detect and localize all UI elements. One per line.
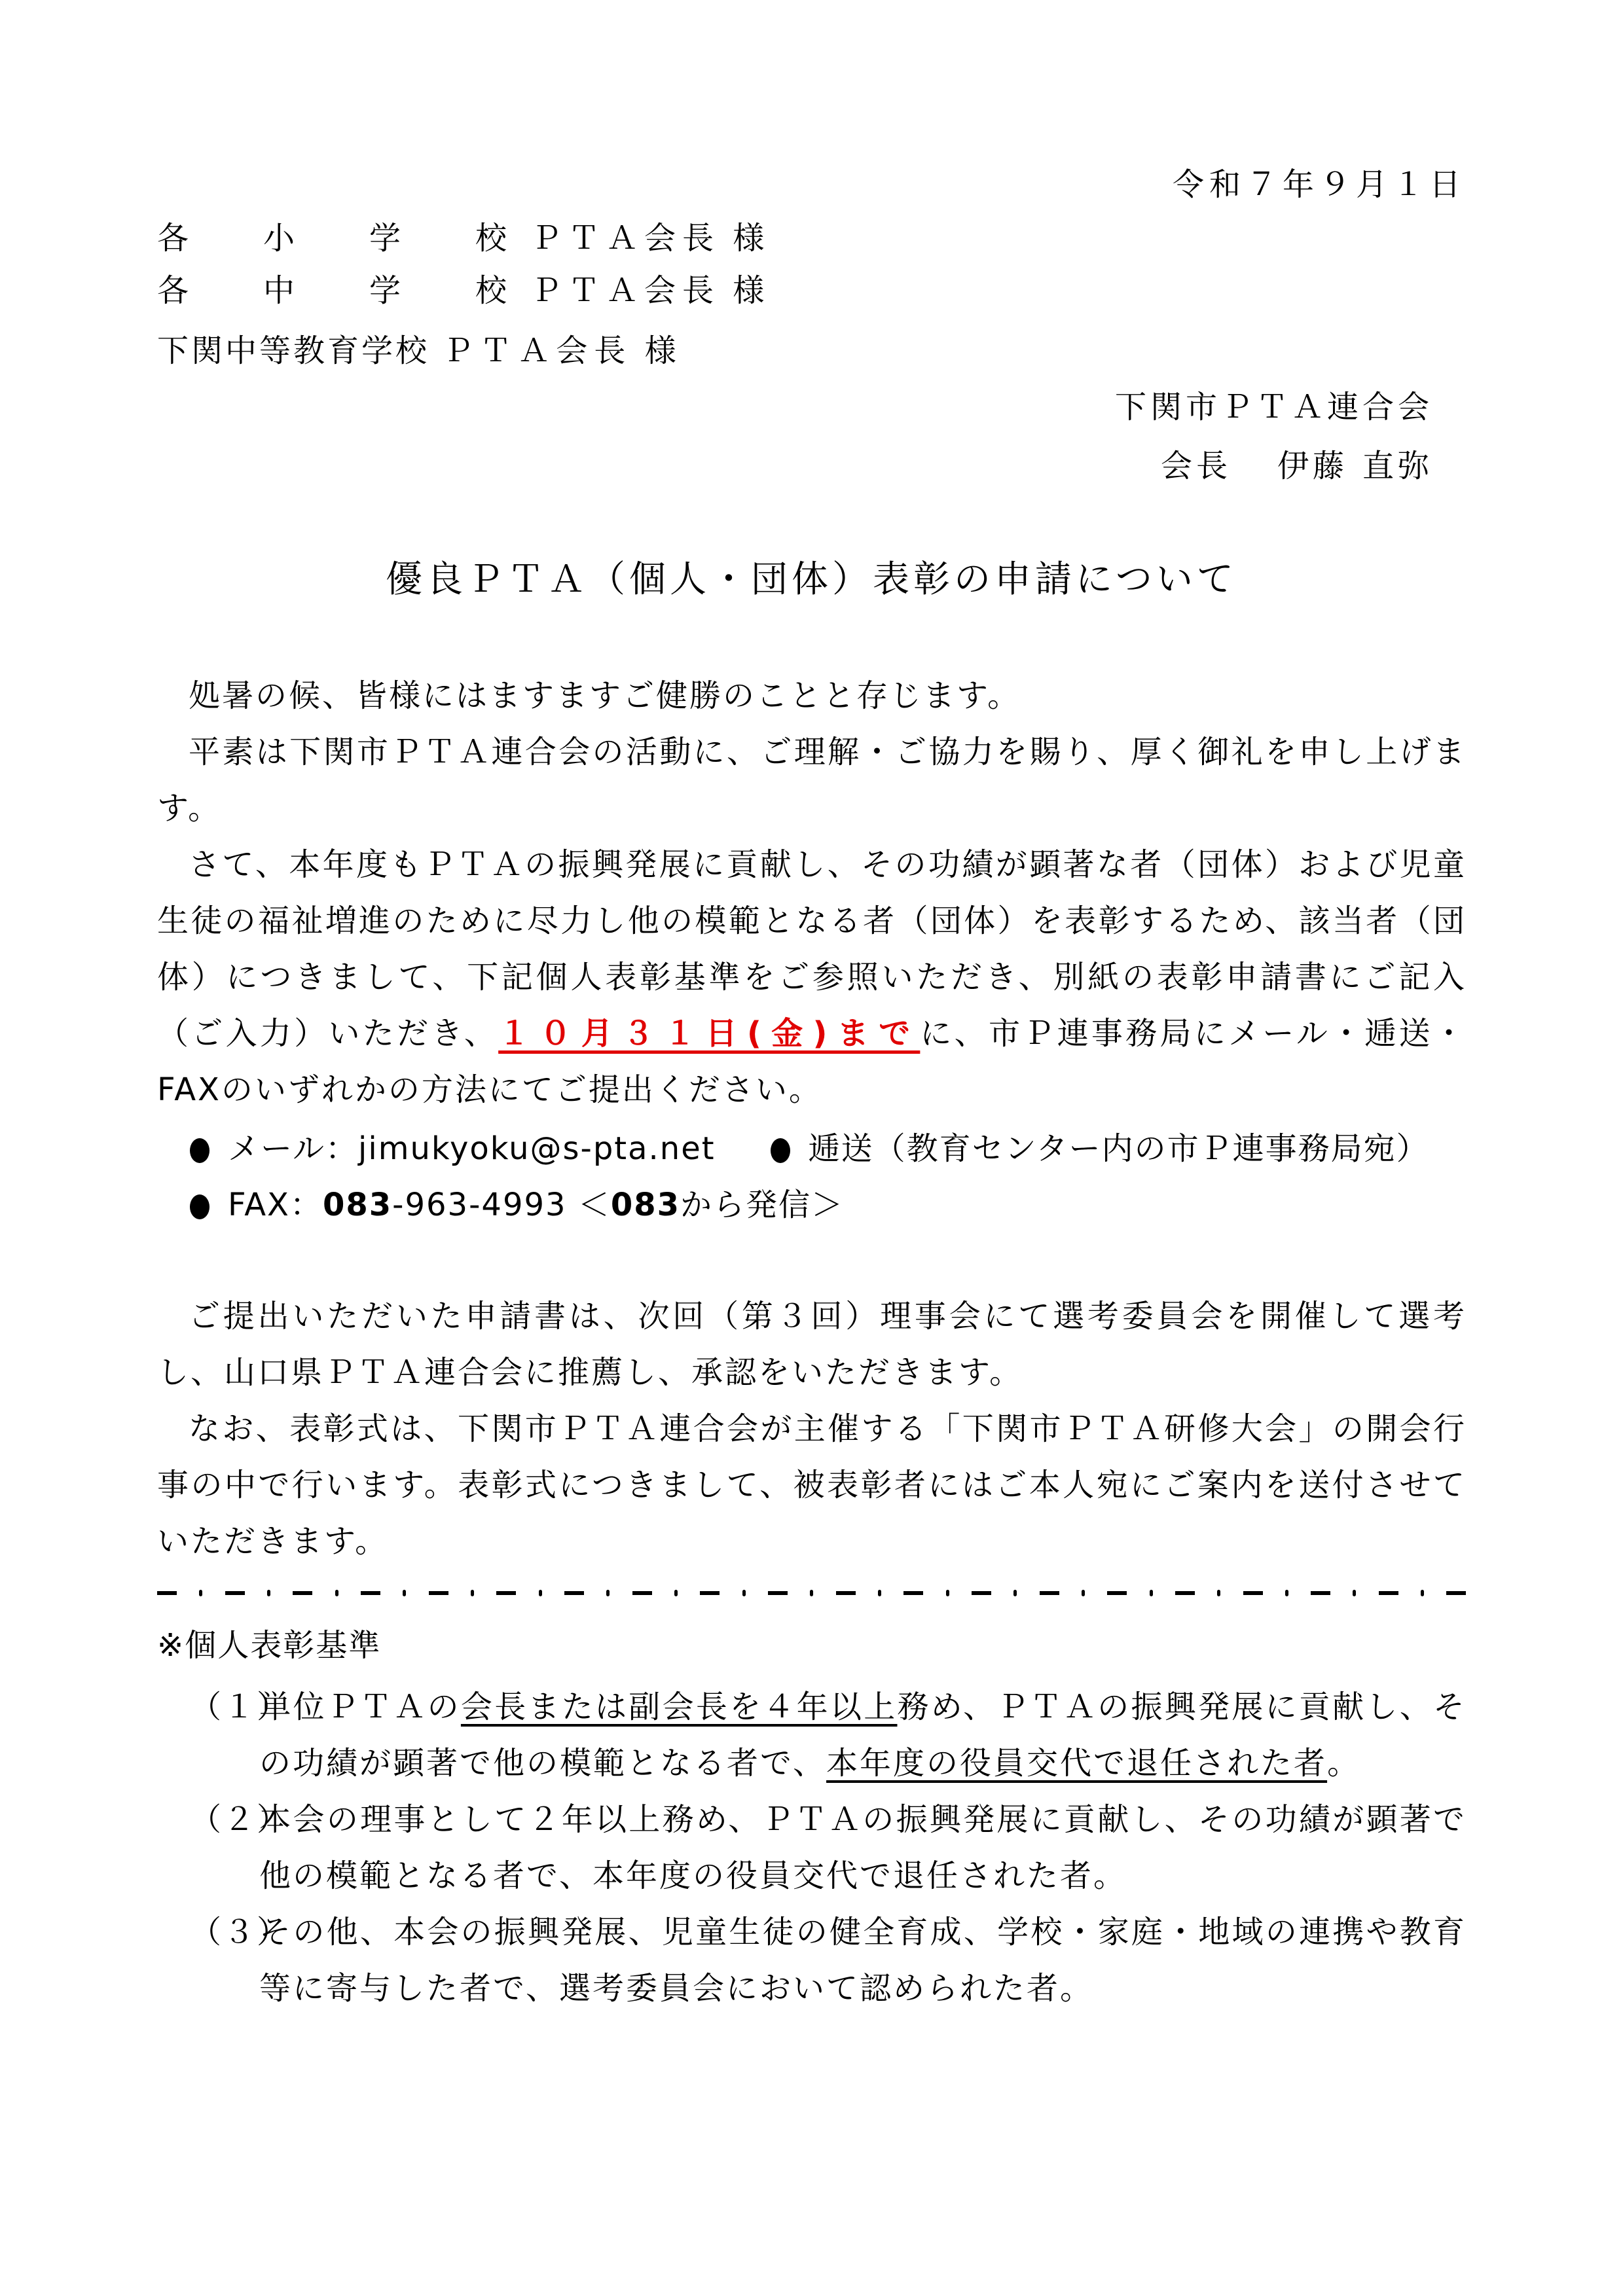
dash-dot-separator (157, 1589, 1467, 1597)
selection-paragraph: ご提出いただいた申請書は、次回（第３回）理事会にて選考委員会を開催して選考し、山… (157, 1288, 1467, 1401)
request-paragraph: さて、本年度もＰＴＡの振興発展に貢献し、その功績が顕著な者（団体）および児童生徒… (157, 836, 1467, 1118)
fax-number: -963-4993 (392, 1187, 566, 1223)
intro-section: 処暑の候、皆様にはますますご健勝のことと存じます。 平素は下関市ＰＴＡ連合会の活… (157, 668, 1467, 1118)
addressee-secondary: 下関中等教育学校 ＰＴＡ会長 様 (157, 335, 679, 367)
criteria-item: （２）本会の理事として２年以上務め、ＰＴＡの振興発展に貢献し、その功績が顕著で他… (190, 1791, 1467, 1904)
deadline-highlight: １０月３１日(金)まで (498, 1015, 920, 1052)
document-title: 優良ＰＴＡ（個人・団体）表彰の申請について (0, 562, 1623, 598)
bullet-icon (190, 1138, 210, 1163)
followup-section: ご提出いただいた申請書は、次回（第３回）理事会にて選考委員会を開催して選考し、山… (157, 1288, 1467, 1570)
bullet-icon (190, 1194, 210, 1219)
criteria-item: （３）その他、本会の振興発展、児童生徒の健全育成、学校・家庭・地域の連携や教育等… (190, 1904, 1467, 2017)
issue-date: 令和７年９月１日 (1173, 169, 1466, 200)
email-address: jimukyoku@s-pta.net (358, 1130, 716, 1167)
ceremony-paragraph: なお、表彰式は、下関市ＰＴＡ連合会が主催する「下関市ＰＴＡ研修大会」の開会行事の… (157, 1401, 1467, 1570)
bullet-row-email-courier: メール：jimukyoku@s-pta.net逓送（教育センター内の市Ｐ連事務局… (190, 1121, 1429, 1177)
criteria-item: （１）単位ＰＴＡの会長または副会長を４年以上務め、ＰＴＡの振興発展に貢献し、その… (190, 1679, 1467, 1791)
thanks-paragraph: 平素は下関市ＰＴＡ連合会の活動に、ご理解・ご協力を賜り、厚く御礼を申し上げます。 (157, 724, 1467, 836)
criteria-list: （１）単位ＰＴＡの会長または副会長を４年以上務め、ＰＴＡの振興発展に貢献し、その… (190, 1679, 1467, 2017)
bullet-icon (771, 1138, 790, 1163)
addressee-elementary: 各小学校ＰＴＡ会長 様 (157, 223, 767, 254)
addressee-junior-high: 各中学校ＰＴＡ会長 様 (157, 275, 767, 306)
sender-name: 会長伊藤直弥 (1161, 450, 1433, 482)
bullet-row-fax: FAX：083-963-4993 ＜083から発信＞ (190, 1177, 1429, 1233)
submission-methods: メール：jimukyoku@s-pta.net逓送（教育センター内の市Ｐ連事務局… (190, 1121, 1429, 1233)
greeting-paragraph: 処暑の候、皆様にはますますご健勝のことと存じます。 (157, 668, 1467, 724)
courier-method: 逓送（教育センター内の市Ｐ連事務局宛） (809, 1130, 1429, 1167)
criteria-heading: ※個人表彰基準 (157, 1630, 381, 1661)
letter-page: 令和７年９月１日 各小学校ＰＴＡ会長 様 各中学校ＰＴＡ会長 様 下関中等教育学… (0, 0, 1623, 2296)
sender-organization: 下関市ＰＴＡ連合会 (1115, 391, 1433, 423)
